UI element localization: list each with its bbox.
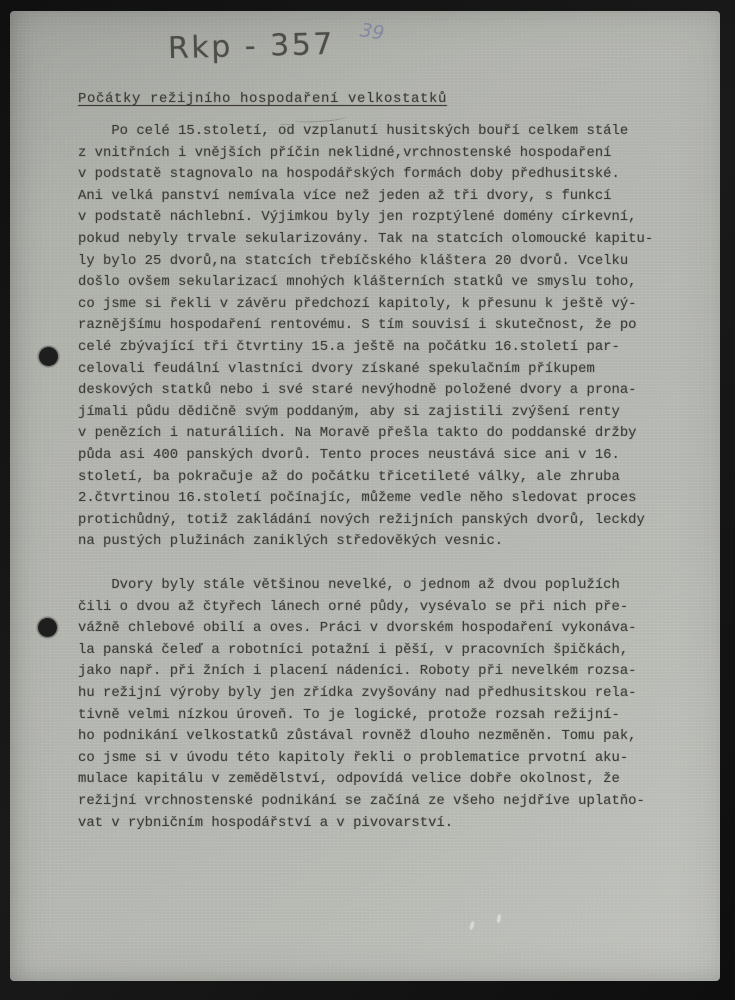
scanned-page: Rkp - 357 39 Počátky režijního hospodaře… bbox=[0, 0, 735, 1000]
hole-punch-mark-top bbox=[39, 347, 58, 366]
paragraph-2: Dvory byly stále většinou nevelké, o jed… bbox=[78, 575, 645, 834]
document-title: Počátky režijního hospodaření velkostatk… bbox=[78, 89, 447, 111]
paper-indentation-mark bbox=[469, 921, 476, 931]
paper-indentation-mark bbox=[496, 914, 502, 924]
handwritten-page-number: 39 bbox=[358, 19, 385, 45]
handwritten-catalog-number: Rkp - 357 bbox=[168, 27, 336, 66]
hole-punch-mark-bottom bbox=[38, 618, 57, 637]
paragraph-1: Po celé 15.století, od vzplanutí husitsk… bbox=[78, 121, 653, 553]
paper-sheet: Rkp - 357 39 Počátky režijního hospodaře… bbox=[10, 11, 720, 981]
